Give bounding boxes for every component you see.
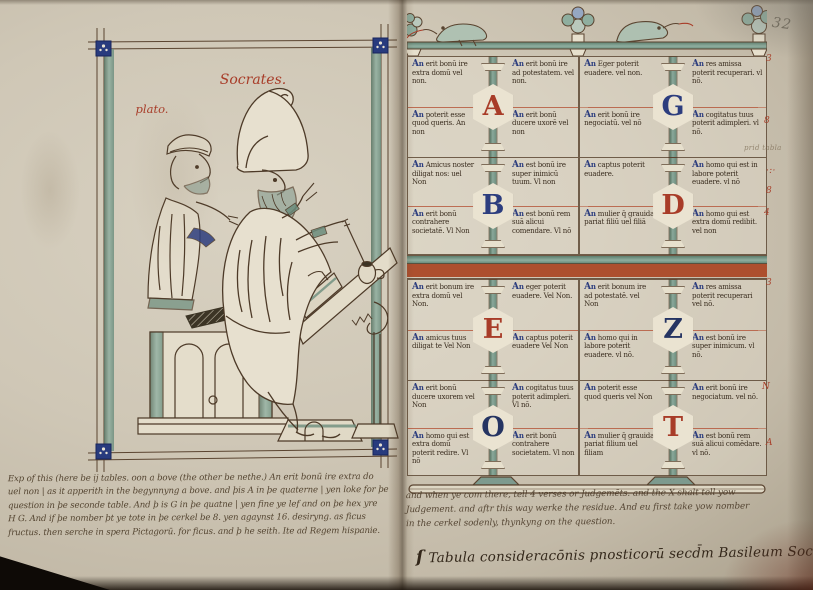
- hexagon-letter-badge: D: [653, 183, 693, 229]
- question-cell: An homo qui est extra domū poterit redir…: [408, 429, 478, 476]
- question-cell: An erit bonū ducere uxorē vel non: [508, 108, 578, 158]
- badge-letter: O: [481, 414, 505, 441]
- frame-teal-band-left: [104, 49, 114, 451]
- badge-letter: T: [663, 414, 683, 441]
- table-quadrant-A: An erit bonū ire extra domū vel non.An p…: [407, 56, 579, 158]
- margin-note: ·:·: [766, 166, 776, 176]
- post-capital: [661, 63, 685, 71]
- question-cell: An poterit esse quod queris. An non: [408, 108, 478, 158]
- table-row: An erit bonū ducere uxorem vel NonAn hom…: [407, 381, 767, 476]
- question-cell: An mulier q̄ grauida pariat filium uel f…: [580, 429, 658, 476]
- question-cell: An captus poterit euadere Vel Non: [508, 331, 578, 381]
- question-cell: An erit bonū ire negociatū. vel nō: [580, 108, 658, 158]
- left-page: Socrates. plato.: [0, 0, 400, 590]
- badge-letter: G: [662, 93, 685, 120]
- post-capital: [481, 164, 505, 172]
- hexagon-letter-badge: E: [473, 307, 513, 353]
- column-post: T: [658, 381, 688, 475]
- badge-letter: A: [483, 93, 504, 120]
- hexagon-letter-badge: Z: [653, 307, 693, 353]
- margin-note: 8: [766, 186, 772, 196]
- wave-band: [407, 255, 767, 279]
- margin-note: 3: [766, 278, 772, 288]
- question-cell: An homo qui est extra domū redibit. vel …: [688, 207, 766, 255]
- post-capital: [481, 286, 505, 294]
- prognostic-table: An erit bonū ire extra domū vel non.An p…: [407, 4, 767, 498]
- margin-note: A: [766, 438, 773, 448]
- photo-edge: [0, 0, 813, 5]
- post-base: [661, 366, 685, 374]
- table-quadrant-O: An erit bonū ducere uxorem vel NonAn hom…: [407, 381, 579, 476]
- badge-letter: E: [483, 316, 504, 343]
- post-capital: [481, 387, 505, 395]
- question-cell: An Eger poterit euadere. vel non.: [580, 57, 658, 108]
- table-quadrant-Z: An erit bonum ire ad potestatē. vel NonA…: [579, 279, 767, 381]
- question-cell: An erit bonū contrahere societatē. Vl No…: [408, 207, 478, 255]
- question-cell: An est bonū ire super inimicum. vl nō.: [688, 331, 766, 381]
- margin-note: 4: [764, 208, 770, 218]
- question-cell: An homo qui in labore poterit euadere. v…: [580, 331, 658, 381]
- teal-bar: [407, 256, 767, 264]
- question-cell: An homo qui est in labore poterit euader…: [688, 158, 766, 207]
- margin-note: prid tabla: [744, 144, 782, 152]
- question-cell: An Amicus noster diligat nos: uel Non: [408, 158, 478, 207]
- footstool: [278, 420, 362, 441]
- question-cell: An captus poterit euadere.: [580, 158, 658, 207]
- table-row: An erit bonum ire extra domū vel Non.An …: [407, 279, 767, 381]
- column-post: G: [658, 57, 688, 157]
- question-cell: An mulier q̄ grauida pariat filiū uel fi…: [580, 207, 658, 255]
- question-cell: An amicus tuus diligat te Vel Non: [408, 331, 478, 381]
- table-quadrant-D: An captus poterit euadere.An mulier q̄ g…: [579, 158, 767, 255]
- plato-label: plato.: [136, 102, 169, 116]
- table-row: An Amicus noster diligat nos: uel NonAn …: [407, 158, 767, 255]
- question-cell: An erit bonū ire ad potestatem. vel non.: [508, 57, 578, 108]
- quill-pen: [345, 221, 364, 262]
- table-rows: An erit bonū ire extra domū vel non.An p…: [407, 56, 767, 476]
- post-base: [661, 240, 685, 248]
- column-post: A: [478, 57, 508, 157]
- hexagon-letter-badge: B: [473, 183, 513, 229]
- red-wave-pattern: [407, 264, 767, 277]
- badge-letter: Z: [663, 316, 683, 343]
- page-gutter-shadow: [388, 0, 414, 590]
- post-base: [481, 366, 505, 374]
- column-post: D: [658, 158, 688, 254]
- left-caption-line: fructus. then serche in spera Pictagorū.…: [8, 524, 398, 540]
- question-cell: An eger poterit euadere. Vel Non.: [508, 280, 578, 331]
- column-post: E: [478, 280, 508, 380]
- column-post: Z: [658, 280, 688, 380]
- table-quadrant-B: An Amicus noster diligat nos: uel NonAn …: [407, 158, 579, 255]
- column-post: B: [478, 158, 508, 254]
- photo-edge: [0, 576, 813, 590]
- table-row: An erit bonū ire extra domū vel non.An p…: [407, 56, 767, 158]
- question-cell: An poterit esse quod queris vel Non: [580, 381, 658, 429]
- right-page: 32: [400, 0, 813, 590]
- margin-note: 8: [764, 116, 770, 126]
- question-cell: An erit bonū ire extra domū vel non.: [408, 57, 478, 108]
- question-cell: An res amissa poterit recuperari vel nō.: [688, 280, 766, 331]
- question-cell: An erit bonū ire negociatum. vel nō.: [688, 381, 766, 429]
- question-cell: An erit bonū contrahere societatem. Vl n…: [508, 429, 578, 476]
- question-cell: An erit bonum ire ad potestatē. vel Non: [580, 280, 658, 331]
- question-cell: An res amissa poterit recuperari. vl nō.: [688, 57, 766, 108]
- table-quadrant-E: An erit bonum ire extra domū vel Non.An …: [407, 279, 579, 381]
- table-quadrant-G: An Eger poterit euadere. vel non.An erit…: [579, 56, 767, 158]
- badge-letter: D: [661, 192, 684, 219]
- question-cell: An erit bonum ire extra domū vel Non.: [408, 280, 478, 331]
- question-cell: An est bonū rem suā alicui comēdare. vl …: [688, 429, 766, 476]
- dragon-icon: [617, 22, 693, 42]
- hexagon-letter-badge: A: [473, 84, 513, 130]
- post-base: [481, 240, 505, 248]
- column-post: O: [478, 381, 508, 475]
- hexagon-letter-badge: T: [653, 405, 693, 451]
- post-base: [661, 143, 685, 151]
- question-cell: An est bonū rem suā alicui comendare. Vl…: [508, 207, 578, 255]
- table-quadrant-T: An poterit esse quod queris vel NonAn mu…: [579, 381, 767, 476]
- post-capital: [661, 286, 685, 294]
- photo-corner-grey: [693, 0, 813, 60]
- post-capital: [661, 387, 685, 395]
- paraph-icon: ſ: [416, 547, 424, 567]
- question-cell: An cogitatus tuus poterit adimpleri. Vl …: [508, 381, 578, 429]
- question-cell: An est bonū ire super inimicū tuum. Vl n…: [508, 158, 578, 207]
- socrates-label: Socrates.: [220, 72, 286, 88]
- photo-edge: [787, 0, 813, 590]
- post-capital: [661, 164, 685, 172]
- photo-corner-stain: [723, 520, 813, 590]
- hexagon-letter-badge: O: [473, 405, 513, 451]
- margin-note: N: [762, 382, 770, 392]
- post-base: [661, 461, 685, 469]
- manuscript-photo: Socrates. plato.: [0, 0, 813, 590]
- left-caption-block: Exp of this (here be ij tables. oon a bo…: [8, 471, 398, 540]
- badge-letter: B: [482, 192, 505, 219]
- post-base: [481, 143, 505, 151]
- post-base: [481, 461, 505, 469]
- question-cell: An erit bonū ducere uxorem vel Non: [408, 381, 478, 429]
- hexagon-letter-badge: G: [653, 84, 693, 130]
- post-capital: [481, 63, 505, 71]
